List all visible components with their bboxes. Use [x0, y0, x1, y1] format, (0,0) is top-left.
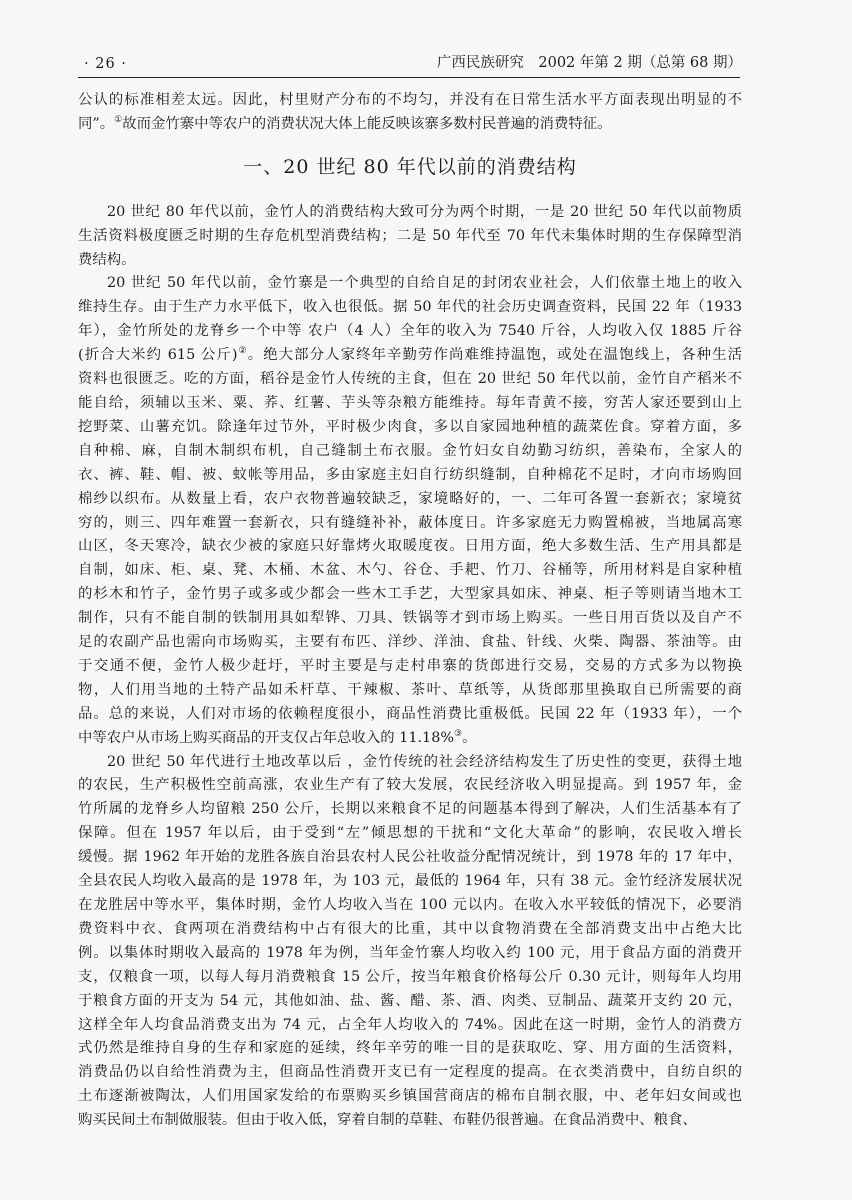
text-line: 20 世纪 50 年代进行土地改革以后 ，金竹传统的社会经济结构发生了历史性的变… [78, 751, 742, 775]
footnote-marker[interactable]: ② [237, 346, 247, 356]
text-line: 品。总的来说，人们对市场的依赖程度很小，商品性消费比重极低。民国 22 年（19… [78, 703, 742, 727]
text-line: 衣、裤、鞋、帽、被、蚊帐等用品，多由家庭主妇自行纺织缝制，自种棉花不足时，才向市… [78, 464, 742, 488]
footnote-marker[interactable]: ③ [454, 729, 462, 739]
text-line: 费资料中衣、食两项在消费结构中占有很大的比重，其中以食物消费在全部消费支出中占绝… [78, 918, 742, 942]
text-line: 挖野菜、山薯充饥。除逢年过节外，平时极少肉食，多以自家园地种植的蔬菜佐食。穿着方… [78, 416, 742, 440]
text-line: 生活资料极度匮乏时期的生存危机型消费结构；二是 50 年代至 70 年代未集体时… [78, 225, 742, 249]
text-line: 式仍然是维持自身的生存和家庭的延续，终年辛劳的唯一目的是获取吃、穿、用方面的生活… [78, 1037, 742, 1061]
text-line: 例。以集体时期收入最高的 1978 年为例，当年金竹寨人均收入约 100 元，用… [78, 942, 742, 966]
text-line: 的杉木和竹子，金竹男子或多或少都会一些木工手艺，大型家具如床、神桌、柜子等则请当… [78, 583, 742, 607]
text-line: 缓慢。据 1962 年开始的龙胜各族自治县农村人民公社收益分配情况统计，到 19… [78, 846, 742, 870]
text-line: 自种棉、麻，自制木制织布机，自己缝制土布衣服。金竹妇女自幼勤习纺织，善染布，全家… [78, 440, 742, 464]
text-line: 公认的标准相差太远。因此，村里财产分布的不均匀，并没有在日常生活水平方面表现出明… [78, 89, 742, 113]
text-line: 的农民，生产积极性空前高涨，农业生产有了较大发展，农民经济收入明显提高。到 19… [78, 774, 742, 798]
text-line: 20 世纪 80 年代以前，金竹人的消费结构大致可分为两个时期，一是 20 世纪… [78, 201, 742, 225]
text-line: 购买民间土布制做服装。但由于收入低，穿着自制的草鞋、布鞋仍很普遍。在食品消费中、… [78, 1109, 742, 1133]
text-line: 费结构。 [78, 249, 742, 273]
section-heading: 一、20 世纪 80 年代以前的消费结构 [78, 156, 742, 180]
text-line: 资料也很匮乏。吃的方面，稻谷是金竹人传统的主食，但在 20 世纪 50 年代以前… [78, 368, 742, 392]
text-line: 消费品仍以自给性消费为主，但商品性消费开支已有一定程度的提高。在衣类消费中，自纺… [78, 1061, 742, 1085]
text-line: 土布逐渐被陶汰，人们用国家发给的布票购买乡镇国营商店的棉布自制衣服，中、老年妇女… [78, 1085, 742, 1109]
footnote-marker[interactable]: ① [114, 115, 122, 125]
journal-page: · 26 · 广西民族研究 2002 年第 2 期（总第 68 期） 公认的标准… [78, 48, 742, 1133]
text-line: 于粮食方面的开支为 54 元，其他如油、盐、酱、醋、茶、酒、肉类、豆制品、蔬菜开… [78, 990, 742, 1014]
text-line: 棉纱以织布。从数量上看，农户衣物普遍较缺乏，家境略好的，一、二年可各置一套新衣；… [78, 488, 742, 512]
text-line: 20 世纪 50 年代以前，金竹寨是一个典型的自给自足的封闭农业社会，人们依靠土… [78, 272, 742, 296]
page-number: · 26 · [84, 56, 127, 72]
text-line: 穷的，则三、四年难置一套新衣，只有缝缝补补，蔽体度日。许多家庭无力购置棉被，当地… [78, 512, 742, 536]
text-line: 物，人们用当地的土特产品如禾杆草、干辣椒、茶叶、草纸等，从货郎那里换取自已所需要… [78, 679, 742, 703]
text-line: 制作，只有不能自制的铁制用具如犁铧、刀具、铁锅等才到市场上购买。一些日用百货以及… [78, 607, 742, 631]
text-line: 这样全年人均食品消费支出为 74 元，占全年人均收入的 74%。因此在这一时期，… [78, 1014, 742, 1038]
article-body: 公认的标准相差太远。因此，村里财产分布的不均匀，并没有在日常生活水平方面表现出明… [78, 89, 742, 1133]
text-line: 中等农户从市场上购买商品的开支仅占年总收入的 11.18%③。 [78, 727, 742, 751]
intro-paragraph: 公认的标准相差太远。因此，村里财产分布的不均匀，并没有在日常生活水平方面表现出明… [78, 89, 742, 137]
text-line: 自制，如床、柜、桌、凳、木桶、木盆、木勺、谷仓、手耙、竹刀、谷桶等，所用材料是自… [78, 559, 742, 583]
text-line: 能自给，须辅以玉米、粟、荞、红薯、芋头等杂粮方能维持。每年青黄不接，穷苦人家还要… [78, 392, 742, 416]
paragraph: 20 世纪 50 年代进行土地改革以后 ，金竹传统的社会经济结构发生了历史性的变… [78, 751, 742, 1134]
text-line: 在龙胜居中等水平，集体时期，金竹人均收入当在 100 元以内。在收入水平较低的情… [78, 894, 742, 918]
paragraphs: 20 世纪 80 年代以前，金竹人的消费结构大致可分为两个时期，一是 20 世纪… [78, 201, 742, 1133]
text-line: 维持生存。由于生产力水平低下，收入也很低。据 50 年代的社会历史调查资料，民国… [78, 296, 742, 320]
paragraph: 20 世纪 50 年代以前，金竹寨是一个典型的自给自足的封闭农业社会，人们依靠土… [78, 272, 742, 750]
text-line: (折合大米约 615 公斤)②。绝大部分人家终年辛勤劳作尚难维持温饱，或处在温饱… [78, 344, 742, 368]
paragraph: 20 世纪 80 年代以前，金竹人的消费结构大致可分为两个时期，一是 20 世纪… [78, 201, 742, 273]
text-line: 年），金竹所处的龙脊乡一个中等 农户（4 人）全年的收入为 7540 斤谷，人均… [78, 320, 742, 344]
text-line: 山区，冬天寒冷，缺衣少被的家庭只好靠烤火取暖度夜。日用方面，绝大多数生活、生产用… [78, 535, 742, 559]
text-line: 全县农民人均收入最高的是 1978 年，为 103 元，最低的 1964 年，只… [78, 870, 742, 894]
text-line: 支，仅粮食一项，以每人每月消费粮食 15 公斤，按当年粮食价格每公斤 0.30 … [78, 966, 742, 990]
text-line: 足的农副产品也需向市场购买，主要有布匹、洋纱、洋油、食盐、针线、火柴、陶器、茶油… [78, 631, 742, 655]
running-header: · 26 · 广西民族研究 2002 年第 2 期（总第 68 期） [78, 48, 742, 72]
text-line: 同”。①故而金竹寨中等农户的消费状况大体上能反映该寨多数村民普遍的消费特征。 [78, 113, 742, 137]
journal-info: 广西民族研究 2002 年第 2 期（总第 68 期） [437, 51, 742, 72]
text-line: 于交通不便，金竹人极少赶圩，平时主要是与走村串寨的货郎进行交易，交易的方式多为以… [78, 655, 742, 679]
text-line: 保障。但在 1957 年以后，由于受到“左”倾思想的干扰和“文化大革命”的影响，… [78, 822, 742, 846]
header-rule [78, 77, 740, 78]
text-line: 竹所属的龙脊乡人均留粮 250 公斤，长期以来粮食不足的问题基本得到了解决，人们… [78, 798, 742, 822]
